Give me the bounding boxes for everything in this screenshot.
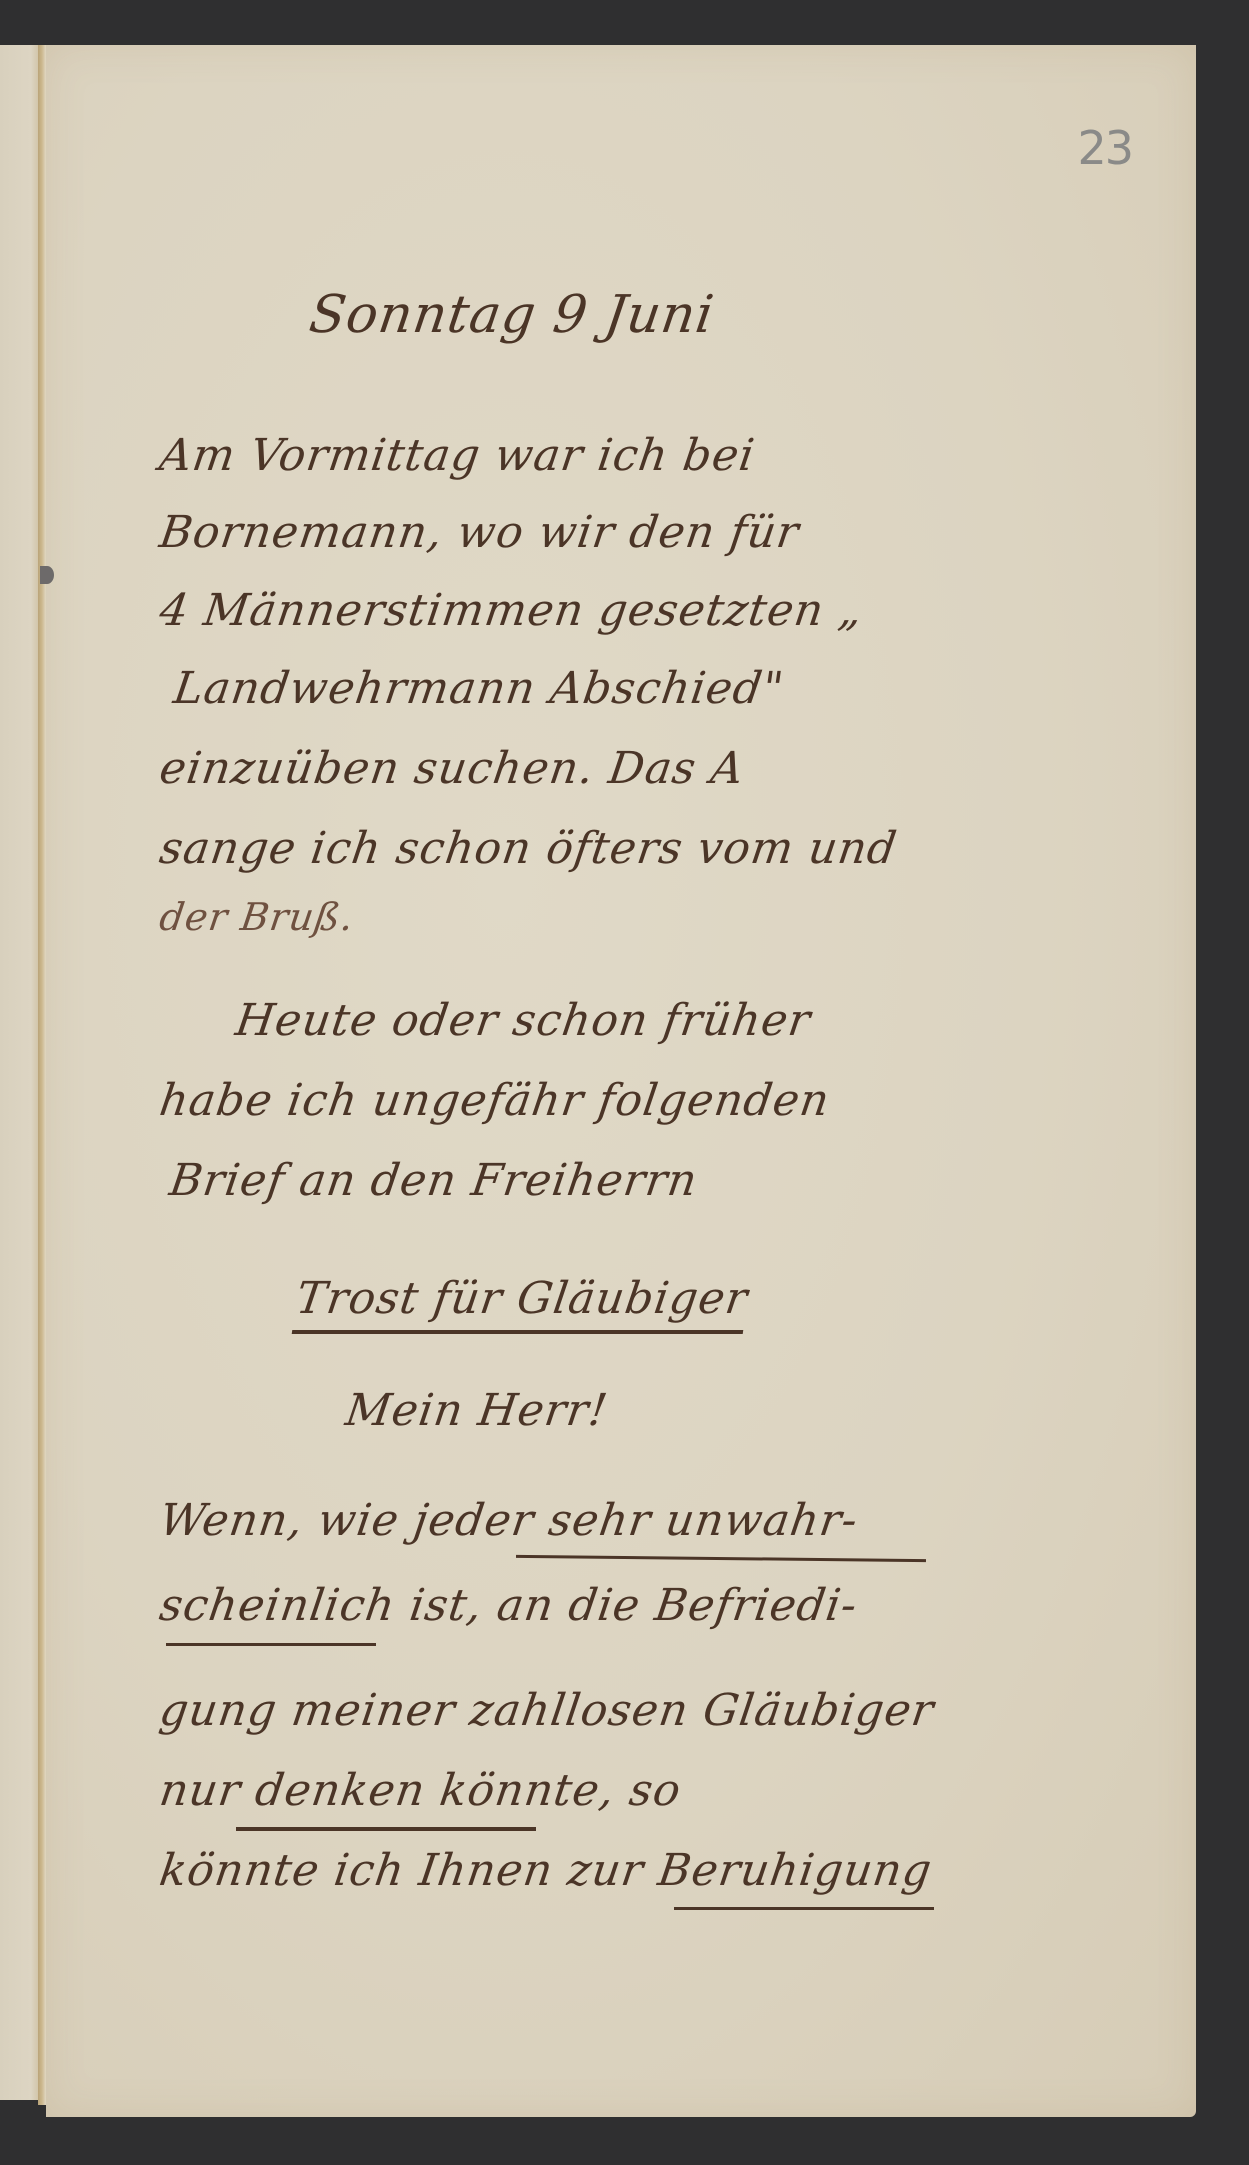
text-line-3: 4 Männerstimmen gesetzten „ bbox=[156, 585, 866, 636]
text-line-13: scheinlich ist, an die Befriedi- bbox=[156, 1580, 860, 1631]
text-line-10: Brief an den Freiherrn bbox=[166, 1155, 700, 1206]
text-line-2: Bornemann, wo wir den für bbox=[156, 507, 802, 558]
text-line-5: einzuüben suchen. Das A bbox=[156, 743, 747, 794]
letter-title: Trost für Gläubiger bbox=[292, 1273, 752, 1334]
text-line-9: habe ich ungefähr folgenden bbox=[156, 1075, 833, 1126]
text-line-7: der Bruß. bbox=[157, 895, 357, 939]
manuscript-page: 23 Sonntag 9 Juni Am Vormittag war ich b… bbox=[46, 45, 1196, 2117]
folio-number: 23 bbox=[1077, 121, 1132, 175]
underline-stroke bbox=[516, 1555, 926, 1562]
text-line-15: nur denken könnte, so bbox=[156, 1765, 684, 1816]
text-line-8: Heute oder schon früher bbox=[232, 995, 814, 1046]
entry-date-heading: Sonntag 9 Juni bbox=[306, 285, 718, 345]
page-notch bbox=[40, 566, 54, 584]
underline-stroke bbox=[236, 1827, 536, 1831]
text-line-1: Am Vormittag war ich bei bbox=[156, 430, 758, 481]
text-line-14: gung meiner zahllosen Gläubiger bbox=[156, 1685, 937, 1736]
text-line-12: Wenn, wie jeder sehr unwahr- bbox=[156, 1495, 861, 1546]
salutation: Mein Herr! bbox=[342, 1385, 611, 1436]
underline-stroke bbox=[166, 1643, 376, 1646]
underline-stroke bbox=[674, 1907, 934, 1910]
text-line-6: sange ich schon öfters vom und bbox=[156, 823, 900, 874]
text-line-16: könnte ich Ihnen zur Beruhigung bbox=[156, 1845, 935, 1896]
text-line-4: Landwehrmann Abschied" bbox=[170, 663, 787, 714]
book-gutter bbox=[38, 45, 46, 2105]
